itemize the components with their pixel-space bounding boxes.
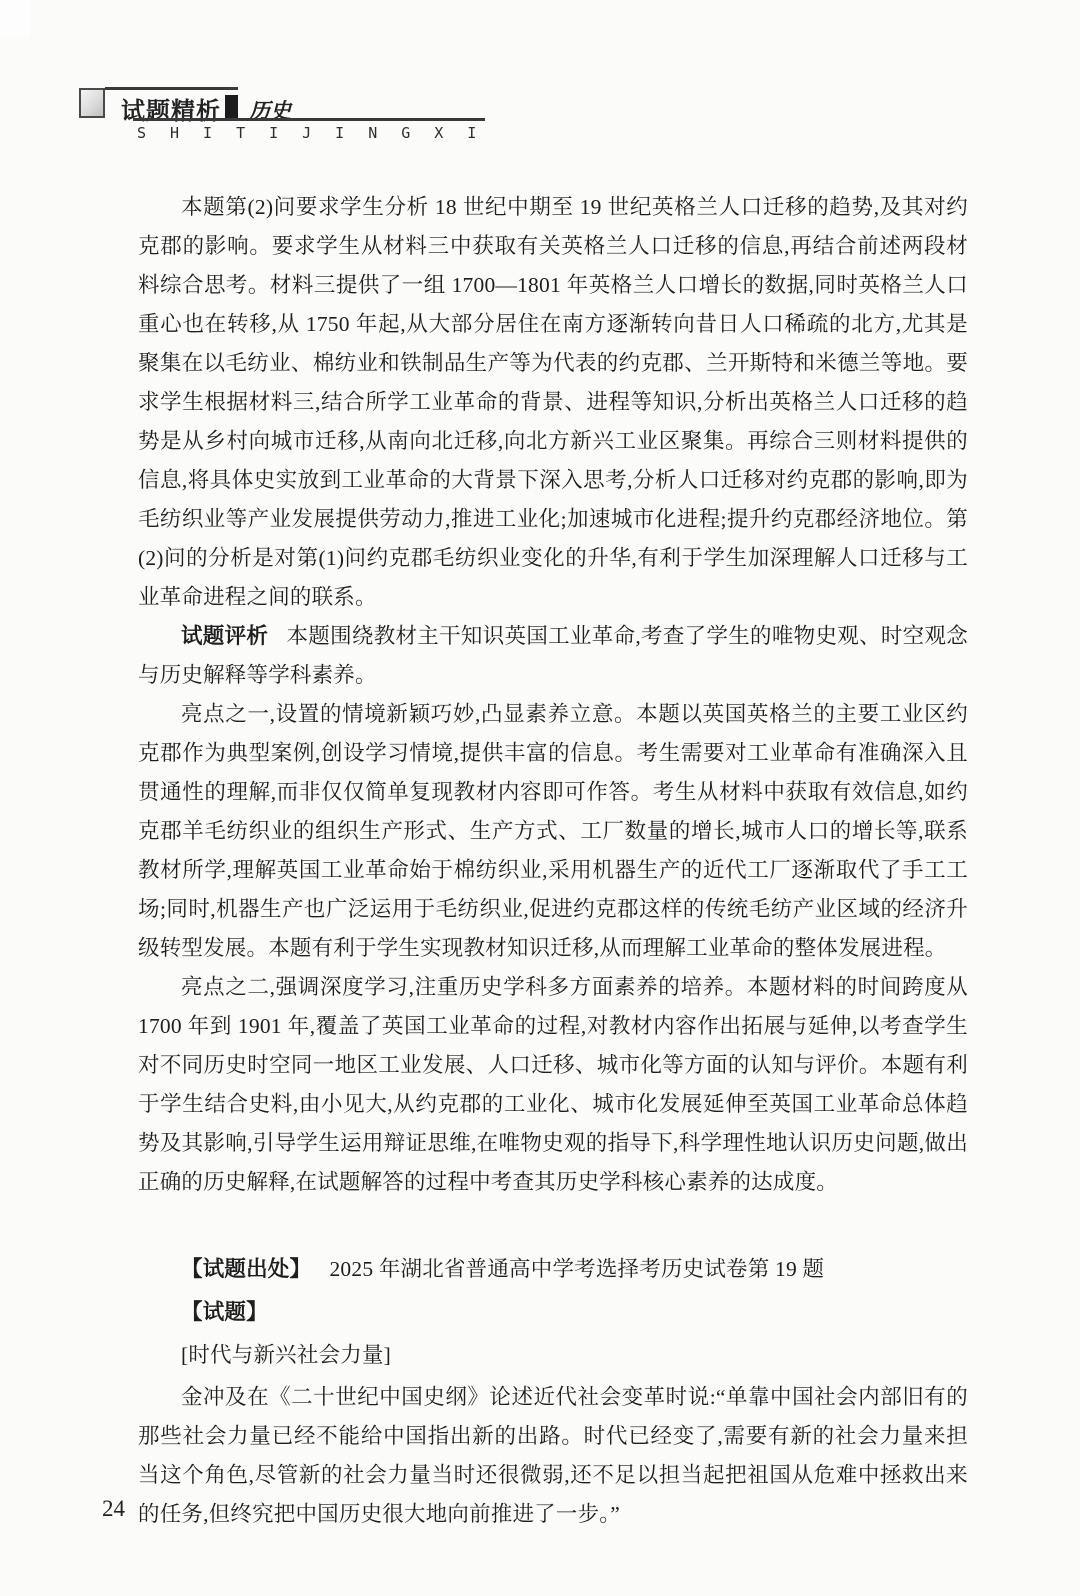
- page-number: 24: [102, 1496, 125, 1522]
- paragraph-analysis-q2: 本题第(2)问要求学生分析 18 世纪中期至 19 世纪英格兰人口迁移的趋势,及…: [138, 188, 968, 617]
- header-bottom-rule: [133, 118, 485, 121]
- review-label: 试题评析: [181, 624, 268, 648]
- paragraph-review: 试题评析本题围绕教材主干知识英国工业革命,考查了学生的唯物史观、时空观念与历史解…: [138, 617, 968, 695]
- topic-tag: [时代与新兴社会力量]: [138, 1336, 968, 1375]
- paragraph-highlight-1: 亮点之一,设置的情境新颖巧妙,凸显素养立意。本题以英国英格兰的主要工业区约克郡作…: [138, 695, 968, 968]
- paragraph-highlight-2: 亮点之二,强调深度学习,注重历史学科多方面素养的培养。本题材料的时间跨度从 17…: [138, 968, 968, 1202]
- question-source-line: 【试题出处】2025 年湖北省普通高中学考选择考历史试卷第 19 题: [138, 1250, 968, 1289]
- scan-artifact: [0, 0, 30, 38]
- scanned-book-page: 试题精析 历史 SHITIJINGXI 本题第(2)问要求学生分析 18 世纪中…: [0, 0, 1080, 1596]
- header-top-rule: [105, 87, 238, 90]
- source-text: 2025 年湖北省普通高中学考选择考历史试卷第 19 题: [329, 1257, 824, 1281]
- logo-mark: [79, 88, 105, 118]
- title-divider-block: [225, 95, 238, 118]
- source-label: 【试题出处】: [181, 1257, 311, 1281]
- main-text-block: 本题第(2)问要求学生分析 18 世纪中期至 19 世纪英格兰人口迁移的趋势,及…: [138, 188, 968, 1534]
- pinyin-caption: SHITIJINGXI: [137, 124, 500, 142]
- question-label: 【试题】: [138, 1293, 968, 1332]
- question-quote: 金冲及在《二十世纪中国史纲》论述近代社会变革时说:“单靠中国社会内部旧有的那些社…: [138, 1378, 968, 1534]
